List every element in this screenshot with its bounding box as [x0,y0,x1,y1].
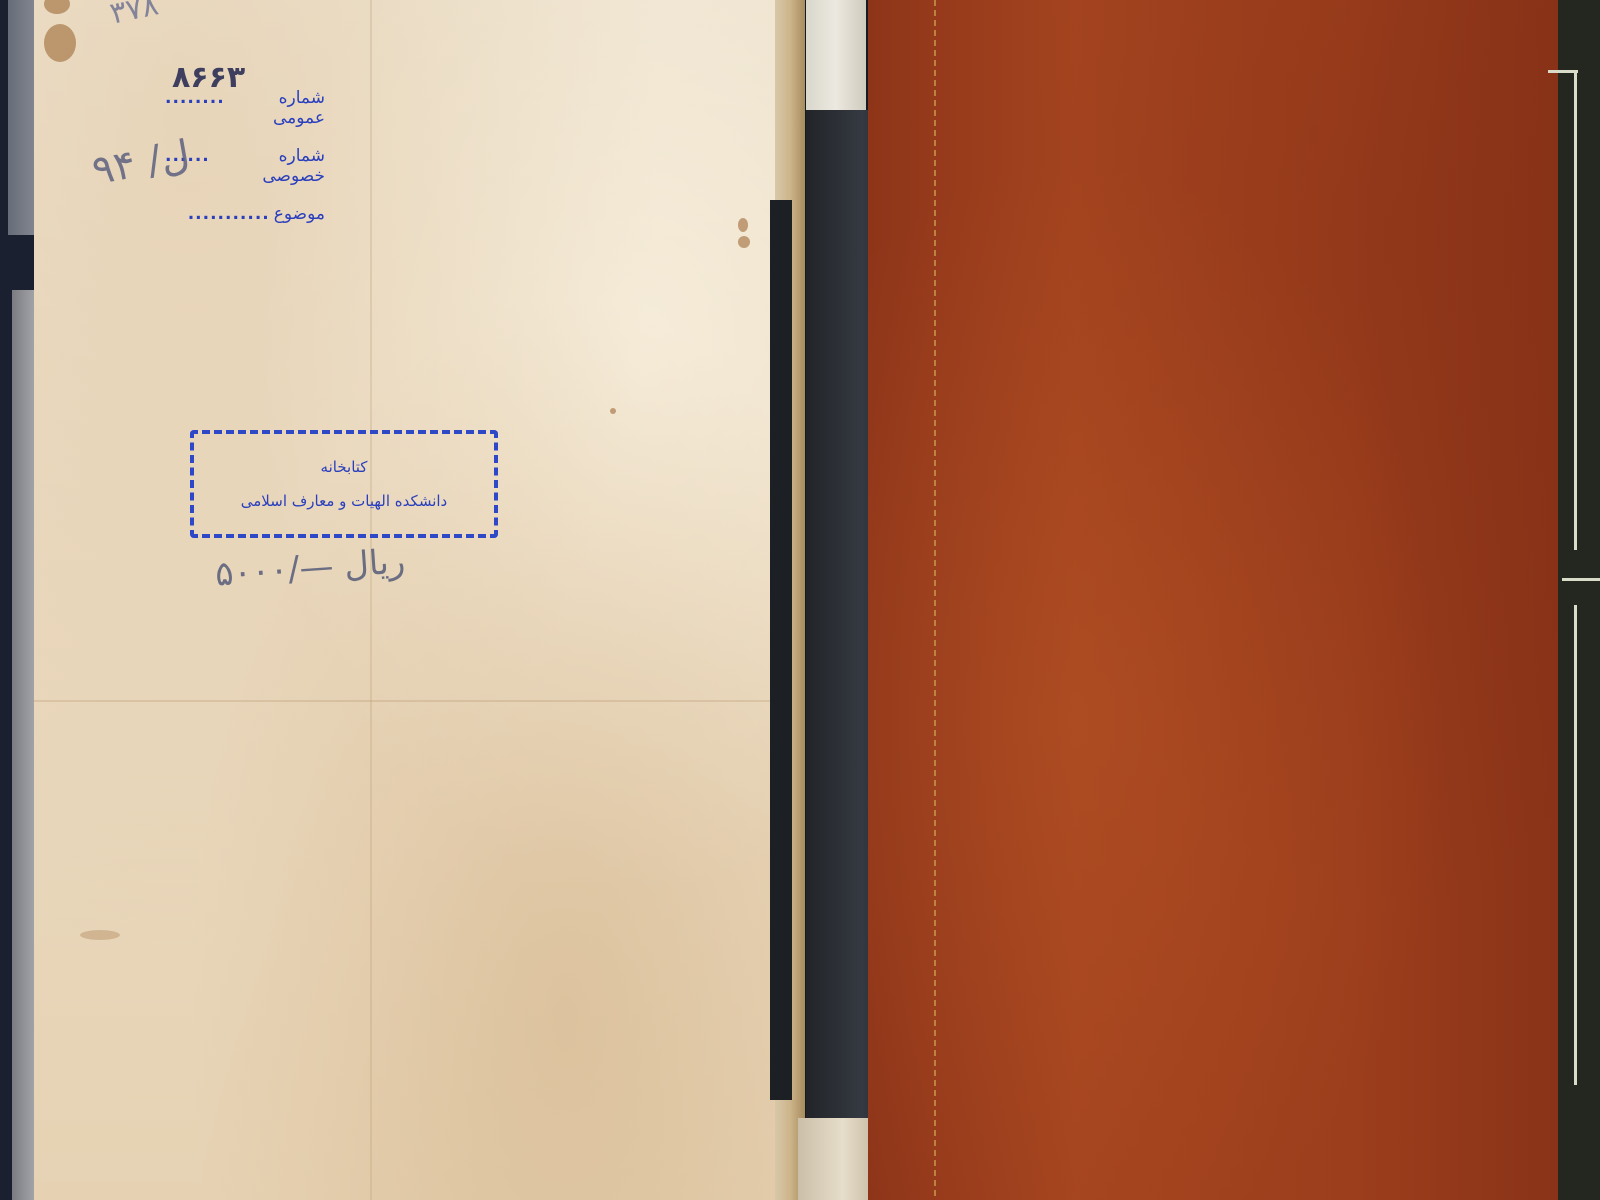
background-right [1558,0,1600,1200]
stamp-line-faculty: دانشکده الهیات و معارف اسلامی [241,492,447,510]
library-stamp: کتابخانه دانشکده الهیات و معارف اسلامی [190,430,498,538]
gilt-tooling-line [934,0,936,1200]
stain [80,930,120,940]
field-label: شماره عمومی [229,88,325,128]
field-label: شماره خصوصی [214,146,325,186]
paper-fold-vertical [370,0,372,1200]
grid-line [1562,578,1600,581]
field-dots: ........ [165,88,225,108]
spine-cloth-top [806,0,866,115]
grid-line [1574,605,1577,1085]
stain [738,236,750,248]
stain [738,218,748,232]
gutter-shadow [770,200,792,1100]
page-edge-top [8,0,36,235]
field-label: موضوع [274,204,325,224]
page-edge [12,290,34,1200]
leather-cover [868,0,1558,1200]
stamp-line-library: کتابخانه [321,458,368,476]
stain [610,408,616,414]
field-general-number: شماره عمومی ........ [165,88,325,128]
field-subject: موضوع ........... [165,204,325,224]
paper-fold-horizontal [34,700,774,702]
grid-line [1574,70,1577,550]
field-dots: ........... [188,204,270,224]
stain [44,24,76,62]
